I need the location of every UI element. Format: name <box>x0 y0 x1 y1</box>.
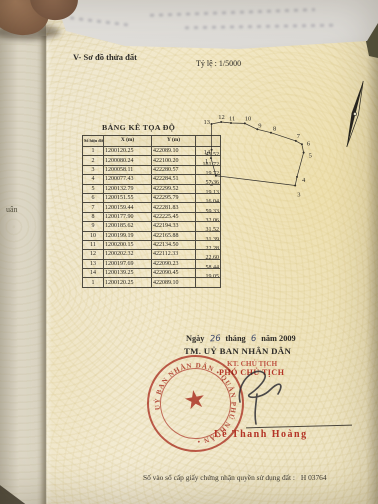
cell-y: 422299.52 <box>152 184 196 193</box>
cell-edge: 31.39 <box>196 231 221 240</box>
vertex-dot <box>220 121 222 123</box>
cell-x: 1200159.44 <box>104 203 152 212</box>
cell-edge: 58.44 <box>196 259 221 268</box>
coordinate-table: Số hiệu điểm X (m) Y (m) 11200120.254220… <box>82 135 221 288</box>
cell-point: 1 <box>83 278 104 287</box>
vertex-label: 1 <box>205 158 208 165</box>
cell-y: 422295.79 <box>152 193 196 202</box>
vertex-label: 7 <box>297 133 301 140</box>
vertex-label: 3 <box>297 192 300 199</box>
cell-x: 1200058.11 <box>104 165 152 174</box>
vertex-dot <box>210 157 212 159</box>
section-title: V- Sơ đồ thửa đất <box>73 52 137 62</box>
coordinate-table-header: Số hiệu điểm X (m) Y (m) <box>83 136 221 147</box>
cell-y: 422225.45 <box>152 212 196 221</box>
vertex-label: 11 <box>229 116 235 123</box>
vertex-dot <box>211 123 213 125</box>
date-middle: tháng <box>225 334 245 343</box>
adjacent-page-text-fragment: uân <box>6 205 18 214</box>
cell-edge <box>196 278 221 287</box>
cell-y: 422090.23 <box>152 259 196 268</box>
cell-edge: 31.52 <box>196 222 221 231</box>
vertex-dot <box>211 149 213 151</box>
cell-x: 1200199.19 <box>104 231 152 240</box>
vertex-label: 8 <box>273 126 276 133</box>
registry-label: Số vào sổ cấp giấy chứng nhận quyền sử d… <box>143 473 295 482</box>
column-header-x: X (m) <box>104 136 152 147</box>
signer-name: Lê Thanh Hoàng <box>214 429 308 440</box>
parcel-boundary <box>211 122 304 186</box>
vertex-label: 12 <box>218 114 225 121</box>
vertex-label: 10 <box>245 115 252 122</box>
cell-x: 1200151.55 <box>104 193 152 202</box>
vertex-dot <box>244 122 246 124</box>
column-header-y: Y (m) <box>152 136 196 147</box>
table-row: 81200177.90422225.4532.06 <box>83 212 221 221</box>
cell-x: 1200080.24 <box>104 156 152 165</box>
cell-y: 422280.57 <box>152 165 196 174</box>
table-row: 131200197.69422090.2358.44 <box>83 259 221 268</box>
table-row: 31200058.11422280.5719.72 <box>83 165 221 174</box>
table-row: 111200200.15422134.5022.28 <box>83 240 221 249</box>
coordinate-table-title: BẢNG KÊ TỌA ĐỘ <box>102 123 175 132</box>
cell-x: 1200139.25 <box>104 269 152 278</box>
cell-y: 422281.83 <box>152 203 196 212</box>
cell-point: 4 <box>83 175 104 184</box>
vertex-label: 2 <box>210 181 213 188</box>
cell-x: 1200120.25 <box>104 147 152 156</box>
cell-point: 2 <box>83 156 104 165</box>
cell-point: 1 <box>83 147 104 156</box>
coordinate-table-body: 11200120.25422089.1041.5221200080.244221… <box>83 147 221 288</box>
cell-x: 1200077.43 <box>104 175 152 184</box>
vertex-dot <box>303 152 305 154</box>
vertex-dot <box>215 175 217 177</box>
cell-x: 1200120.25 <box>104 278 152 287</box>
cell-point: 14 <box>83 269 104 278</box>
date-prefix: Ngày <box>186 334 204 343</box>
date-suffix: năm 2009 <box>261 334 295 343</box>
registry-line: Số vào sổ cấp giấy chứng nhận quyền sử d… <box>143 473 327 482</box>
cell-edge: 32.06 <box>196 212 221 221</box>
cell-y: 422089.10 <box>152 147 196 156</box>
vertex-label: 4 <box>302 177 306 184</box>
page-fold-crease <box>40 36 52 504</box>
table-row: 61200151.55422295.7916.04 <box>83 193 221 202</box>
cell-point: 8 <box>83 212 104 221</box>
vertex-dot <box>270 132 272 134</box>
vertex-label: 5 <box>309 153 312 160</box>
cell-point: 12 <box>83 250 104 259</box>
table-row: 121200202.32422112.3322.60 <box>83 250 221 259</box>
table-row: 11200120.25422089.1041.52 <box>83 147 221 156</box>
cell-x: 1200197.69 <box>104 259 152 268</box>
vertex-label: 13 <box>204 119 211 126</box>
cell-point: 6 <box>83 193 104 202</box>
cell-x: 1200202.32 <box>104 250 152 259</box>
vertex-dot <box>301 143 303 145</box>
approval-date-line: Ngày 26 tháng 6 năm 2009 <box>186 334 296 344</box>
cell-point: 10 <box>83 231 104 240</box>
cell-edge: 22.28 <box>196 240 221 249</box>
table-row: 21200080.24422100.20181.72 <box>83 156 221 165</box>
table-row: 51200132.79422299.5219.13 <box>83 184 221 193</box>
cell-point: 5 <box>83 184 104 193</box>
photographed-land-document: V- Sơ đồ thửa đất Tỷ lệ : 1/5000 uân BẢN… <box>0 0 378 504</box>
vertex-dot <box>294 185 296 187</box>
vertex-label: 14 <box>204 149 211 156</box>
table-row: 91200185.62422194.3331.52 <box>83 222 221 231</box>
table-row: 11200120.25422089.10 <box>83 278 221 287</box>
cell-x: 1200177.90 <box>104 212 152 221</box>
map-scale-label: Tỷ lệ : 1/5000 <box>196 59 241 68</box>
handwritten-month: 6 <box>250 334 256 344</box>
cell-y: 422112.33 <box>152 250 196 259</box>
registry-number: H 03764 <box>301 473 327 482</box>
table-row: 41200077.43422284.5157.36 <box>83 175 221 184</box>
vertex-dot <box>296 176 298 178</box>
cell-y: 422134.50 <box>152 240 196 249</box>
cell-point: 7 <box>83 203 104 212</box>
cell-edge: 19.05 <box>196 269 221 278</box>
cell-point: 11 <box>83 240 104 249</box>
cell-y: 422100.20 <box>152 156 196 165</box>
handwritten-day: 26 <box>209 334 220 345</box>
cell-y: 422165.88 <box>152 231 196 240</box>
cell-point: 9 <box>83 222 104 231</box>
cell-x: 1200200.15 <box>104 240 152 249</box>
vertex-dot <box>295 140 297 142</box>
cell-point: 13 <box>83 259 104 268</box>
column-header-point: Số hiệu điểm <box>83 136 104 147</box>
parcel-polygon-svg: 1234567891011121314 <box>203 110 315 210</box>
cell-y: 422194.33 <box>152 222 196 231</box>
vertex-label: 6 <box>307 140 311 147</box>
cell-point: 3 <box>83 165 104 174</box>
cell-x: 1200185.62 <box>104 222 152 231</box>
cell-x: 1200132.79 <box>104 184 152 193</box>
table-row: 101200199.19422165.8831.39 <box>83 231 221 240</box>
cell-y: 422089.10 <box>152 278 196 287</box>
vertex-label: 9 <box>258 122 261 129</box>
table-row: 71200159.44422281.8359.33 <box>83 203 221 212</box>
table-row: 141200139.25422090.4519.05 <box>83 269 221 278</box>
signature-ink <box>226 360 294 430</box>
cell-y: 422284.51 <box>152 175 196 184</box>
cell-edge: 22.60 <box>196 250 221 259</box>
cell-y: 422090.45 <box>152 269 196 278</box>
page-edge-shadow <box>366 0 378 504</box>
